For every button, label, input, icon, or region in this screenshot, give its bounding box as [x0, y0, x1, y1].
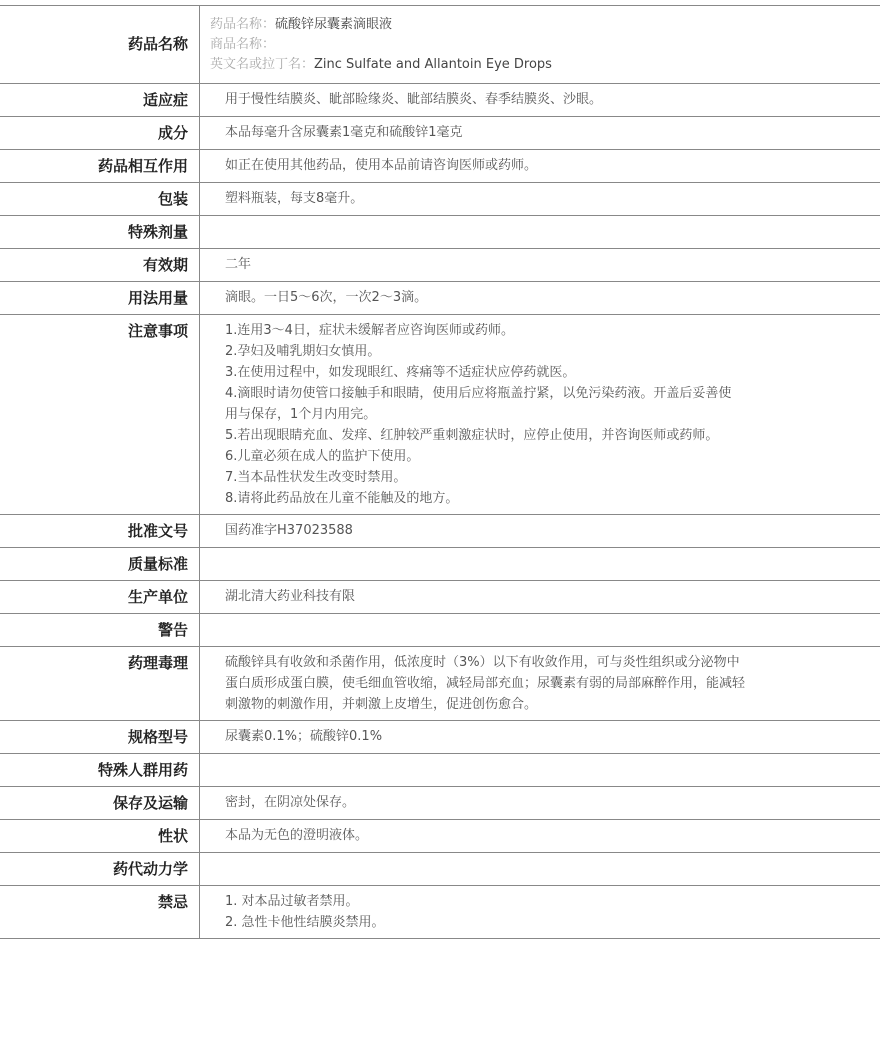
row-value [200, 216, 880, 248]
row-label: 包装 [0, 183, 200, 215]
row-precautions: 注意事项 1.连用3～4日，症状未缓解者应咨询医师或药师。 2.孕妇及哺乳期妇女… [0, 315, 880, 515]
row-label: 成分 [0, 117, 200, 149]
precaution-line: 6.儿童必须在成人的监护下使用。 [225, 446, 880, 467]
row-value: 密封，在阴凉处保存。 [200, 787, 880, 819]
row-warning: 警告 [0, 614, 880, 647]
row-specification: 规格型号 尿囊素0.1%；硫酸锌0.1% [0, 721, 880, 754]
row-label: 有效期 [0, 249, 200, 281]
precaution-line: 2.孕妇及哺乳期妇女慎用。 [225, 341, 880, 362]
generic-name-line: 药品名称：硫酸锌尿囊素滴眼液 [210, 15, 880, 35]
row-contraindications: 禁忌 1. 对本品过敏者禁用。 2. 急性卡他性结膜炎禁用。 [0, 886, 880, 939]
row-label: 特殊人群用药 [0, 754, 200, 786]
row-value: 如正在使用其他药品，使用本品前请咨询医师或药师。 [200, 150, 880, 182]
row-storage: 保存及运输 密封，在阴凉处保存。 [0, 787, 880, 820]
precaution-line: 3.在使用过程中，如发现眼红、疼痛等不适症状应停药就医。 [225, 362, 880, 383]
row-label: 质量标准 [0, 548, 200, 580]
row-pharmacology: 药理毒理 硫酸锌具有收敛和杀菌作用，低浓度时（3%）以下有收敛作用，可与炎性组织… [0, 647, 880, 721]
row-label: 生产单位 [0, 581, 200, 613]
contraindication-line: 2. 急性卡他性结膜炎禁用。 [225, 912, 880, 933]
row-value: 滴眼。一日5～6次，一次2～3滴。 [200, 282, 880, 314]
row-usage: 用法用量 滴眼。一日5～6次，一次2～3滴。 [0, 282, 880, 315]
precaution-line: 8.请将此药品放在儿童不能触及的地方。 [225, 488, 880, 509]
row-appearance: 性状 本品为无色的澄明液体。 [0, 820, 880, 853]
row-label: 药品名称 [0, 6, 200, 83]
row-value: 二年 [200, 249, 880, 281]
row-label: 警告 [0, 614, 200, 646]
row-indications: 适应症 用于慢性结膜炎、眦部睑缘炎、眦部结膜炎、春季结膜炎、沙眼。 [0, 84, 880, 117]
english-name-label: 英文名或拉丁名： [210, 57, 314, 72]
row-label: 用法用量 [0, 282, 200, 314]
row-value: 湖北清大药业科技有限 [200, 581, 880, 613]
row-quality-standard: 质量标准 [0, 548, 880, 581]
row-value: 药品名称：硫酸锌尿囊素滴眼液 商品名称： 英文名或拉丁名：Zinc Sulfat… [200, 6, 880, 83]
row-packaging: 包装 塑料瓶装，每支8毫升。 [0, 183, 880, 216]
row-value: 本品每毫升含尿囊素1毫克和硫酸锌1毫克 [200, 117, 880, 149]
row-label: 药理毒理 [0, 647, 200, 720]
row-value [200, 853, 880, 885]
precaution-line: 7.当本品性状发生改变时禁用。 [225, 467, 880, 488]
trade-name-label: 商品名称： [210, 37, 275, 52]
row-special-dosage: 特殊剂量 [0, 216, 880, 249]
precaution-line: 4.滴眼时请勿使管口接触手和眼睛，使用后应将瓶盖拧紧，以免污染药液。开盖后妥善使 [225, 383, 880, 404]
row-value [200, 548, 880, 580]
row-label: 特殊剂量 [0, 216, 200, 248]
row-label: 保存及运输 [0, 787, 200, 819]
generic-name-label: 药品名称： [210, 17, 275, 32]
precaution-line: 1.连用3～4日，症状未缓解者应咨询医师或药师。 [225, 320, 880, 341]
row-manufacturer: 生产单位 湖北清大药业科技有限 [0, 581, 880, 614]
row-label: 批准文号 [0, 515, 200, 547]
english-name-line: 英文名或拉丁名：Zinc Sulfate and Allantoin Eye D… [210, 55, 880, 75]
row-value: 尿囊素0.1%；硫酸锌0.1% [200, 721, 880, 753]
row-label: 注意事项 [0, 315, 200, 514]
trade-name-line: 商品名称： [210, 35, 880, 55]
row-interactions: 药品相互作用 如正在使用其他药品，使用本品前请咨询医师或药师。 [0, 150, 880, 183]
row-label: 性状 [0, 820, 200, 852]
precaution-line: 用与保存，1个月内用完。 [225, 404, 880, 425]
row-value: 1.连用3～4日，症状未缓解者应咨询医师或药师。 2.孕妇及哺乳期妇女慎用。 3… [200, 315, 880, 514]
row-shelf-life: 有效期 二年 [0, 249, 880, 282]
english-name-value: Zinc Sulfate and Allantoin Eye Drops [314, 57, 552, 72]
pharmacology-line: 蛋白质形成蛋白膜，使毛细血管收缩，减轻局部充血；尿囊素有弱的局部麻醉作用，能减轻 [225, 673, 880, 694]
drug-info-table: 药品名称 药品名称：硫酸锌尿囊素滴眼液 商品名称： 英文名或拉丁名：Zinc S… [0, 5, 880, 939]
row-drug-name: 药品名称 药品名称：硫酸锌尿囊素滴眼液 商品名称： 英文名或拉丁名：Zinc S… [0, 6, 880, 84]
row-label: 药品相互作用 [0, 150, 200, 182]
row-value: 硫酸锌具有收敛和杀菌作用，低浓度时（3%）以下有收敛作用，可与炎性组织或分泌物中… [200, 647, 880, 720]
pharmacology-line: 刺激物的刺激作用，并刺激上皮增生，促进创伤愈合。 [225, 694, 880, 715]
generic-name-value: 硫酸锌尿囊素滴眼液 [275, 17, 392, 32]
row-value: 国药准字H37023588 [200, 515, 880, 547]
row-pharmacokinetics: 药代动力学 [0, 853, 880, 886]
row-value: 用于慢性结膜炎、眦部睑缘炎、眦部结膜炎、春季结膜炎、沙眼。 [200, 84, 880, 116]
row-approval-no: 批准文号 国药准字H37023588 [0, 515, 880, 548]
row-label: 规格型号 [0, 721, 200, 753]
row-composition: 成分 本品每毫升含尿囊素1毫克和硫酸锌1毫克 [0, 117, 880, 150]
row-value: 塑料瓶装，每支8毫升。 [200, 183, 880, 215]
precaution-line: 5.若出现眼睛充血、发痒、红肿较严重刺激症状时，应停止使用，并咨询医师或药师。 [225, 425, 880, 446]
row-value: 本品为无色的澄明液体。 [200, 820, 880, 852]
row-label: 适应症 [0, 84, 200, 116]
contraindication-line: 1. 对本品过敏者禁用。 [225, 891, 880, 912]
pharmacology-line: 硫酸锌具有收敛和杀菌作用，低浓度时（3%）以下有收敛作用，可与炎性组织或分泌物中 [225, 652, 880, 673]
row-label: 药代动力学 [0, 853, 200, 885]
row-value [200, 754, 880, 786]
row-value [200, 614, 880, 646]
row-label: 禁忌 [0, 886, 200, 938]
row-special-population: 特殊人群用药 [0, 754, 880, 787]
row-value: 1. 对本品过敏者禁用。 2. 急性卡他性结膜炎禁用。 [200, 886, 880, 938]
